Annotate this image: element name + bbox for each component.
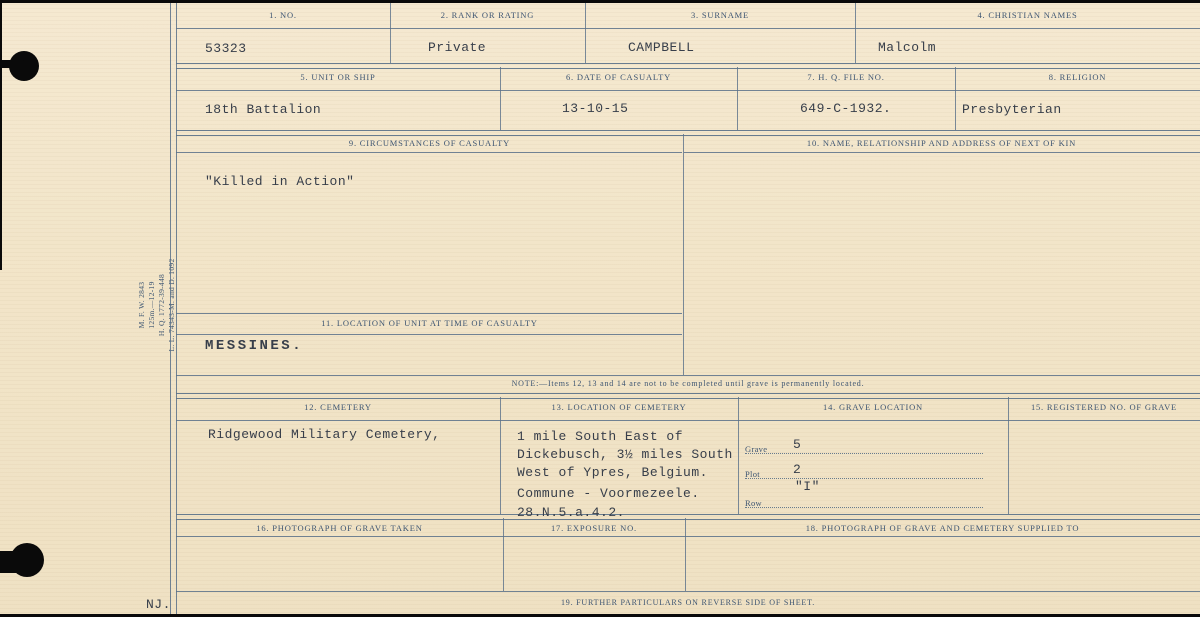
value-cemetery-location-line: West of Ypres, Belgium.: [517, 465, 708, 480]
field-label-christian-names: 4. CHRISTIAN NAMES: [855, 10, 1200, 20]
divider: [684, 152, 1200, 153]
field-label-unit: 5. UNIT OR SHIP: [176, 72, 500, 82]
scan-top-edge: [0, 0, 1200, 3]
value-rank: Private: [428, 40, 486, 55]
punch-hole-top-stem: [0, 60, 26, 68]
field-label-cemetery: 12. CEMETERY: [176, 402, 500, 412]
divider: [176, 375, 1200, 376]
value-plot: 2: [793, 462, 801, 477]
sub-label-row: Row: [745, 498, 785, 508]
note-text: NOTE:—Items 12, 13 and 14 are not to be …: [176, 379, 1200, 388]
scanned-casualty-form: M. F. W. 2843 125m.—12-19 H. Q. 1772-39-…: [0, 0, 1200, 617]
field-label-date-of-casualty: 6. DATE OF CASUALTY: [500, 72, 737, 82]
field-label-cemetery-location: 13. LOCATION OF CEMETERY: [500, 402, 738, 412]
value-hq-file-no: 649-C-1932.: [800, 101, 891, 116]
field-label-exposure-no: 17. EXPOSURE NO.: [503, 523, 685, 533]
field-label-circumstances: 9. CIRCUMSTANCES OF CASUALTY: [176, 138, 683, 148]
divider: [176, 393, 1200, 399]
value-cemetery-location-line: Commune - Voormezeele.: [517, 486, 700, 501]
divider: [176, 152, 682, 153]
divider: [176, 90, 1200, 91]
divider: [176, 334, 682, 335]
value-row: "I": [795, 479, 820, 494]
field-label-surname: 3. SURNAME: [585, 10, 855, 20]
value-cemetery-location-line: 1 mile South East of: [517, 429, 683, 444]
divider: [176, 536, 1200, 537]
value-circumstances: "Killed in Action": [205, 174, 354, 189]
value-unit: 18th Battalion: [205, 102, 321, 117]
value-service-number: 53323: [205, 41, 247, 56]
divider: [176, 313, 682, 314]
divider: [738, 397, 739, 514]
field-label-religion: 8. RELIGION: [955, 72, 1200, 82]
margin-initials: NJ.: [146, 597, 171, 612]
divider: [1008, 397, 1009, 514]
divider: [176, 420, 1200, 421]
divider: [176, 514, 1200, 520]
divider: [683, 134, 684, 375]
value-date-of-casualty: 13-10-15: [562, 101, 628, 116]
footer-label: 19. FURTHER PARTICULARS ON REVERSE SIDE …: [176, 598, 1200, 607]
field-label-unit-location: 11. LOCATION OF UNIT AT TIME OF CASUALTY: [176, 318, 683, 328]
value-cemetery-location-line: Dickebusch, 3½ miles South: [517, 447, 733, 462]
divider: [176, 130, 1200, 136]
value-religion: Presbyterian: [962, 102, 1062, 117]
divider: [176, 28, 1200, 29]
field-label-registered-grave: 15. REGISTERED NO. OF GRAVE: [1008, 402, 1200, 412]
value-unit-location: MESSINES.: [205, 338, 303, 354]
value-cemetery-location-line: 28.N.5.a.4.2.: [517, 505, 625, 520]
value-christian-names: Malcolm: [878, 40, 936, 55]
divider: [500, 397, 501, 514]
value-surname: CAMPBELL: [628, 40, 694, 55]
field-label-no: 1. NO.: [176, 10, 390, 20]
sub-label-plot: Plot: [745, 469, 785, 479]
stamp-line: M. F. W. 2843: [137, 255, 147, 355]
divider: [176, 591, 1200, 592]
scan-left-edge: [0, 0, 2, 270]
stamp-line: 125m.—12-19: [147, 255, 157, 355]
field-label-photo-supplied: 18. PHOTOGRAPH OF GRAVE AND CEMETERY SUP…: [685, 523, 1200, 533]
divider: [176, 63, 1200, 69]
field-label-photo-taken: 16. PHOTOGRAPH OF GRAVE TAKEN: [176, 523, 503, 533]
sub-label-grave: Grave: [745, 444, 785, 454]
stamp-line: H. Q. 1772-39-448: [157, 255, 167, 355]
value-cemetery: Ridgewood Military Cemetery,: [208, 427, 440, 442]
field-label-hq-file-no: 7. H. Q. FILE NO.: [737, 72, 955, 82]
field-label-rank: 2. RANK OR RATING: [390, 10, 585, 20]
field-label-grave-location: 14. GRAVE LOCATION: [738, 402, 1008, 412]
field-label-next-of-kin: 10. NAME, RELATIONSHIP AND ADDRESS OF NE…: [683, 138, 1200, 148]
value-grave: 5: [793, 437, 801, 452]
punch-hole-bottom-stem: [0, 551, 22, 573]
